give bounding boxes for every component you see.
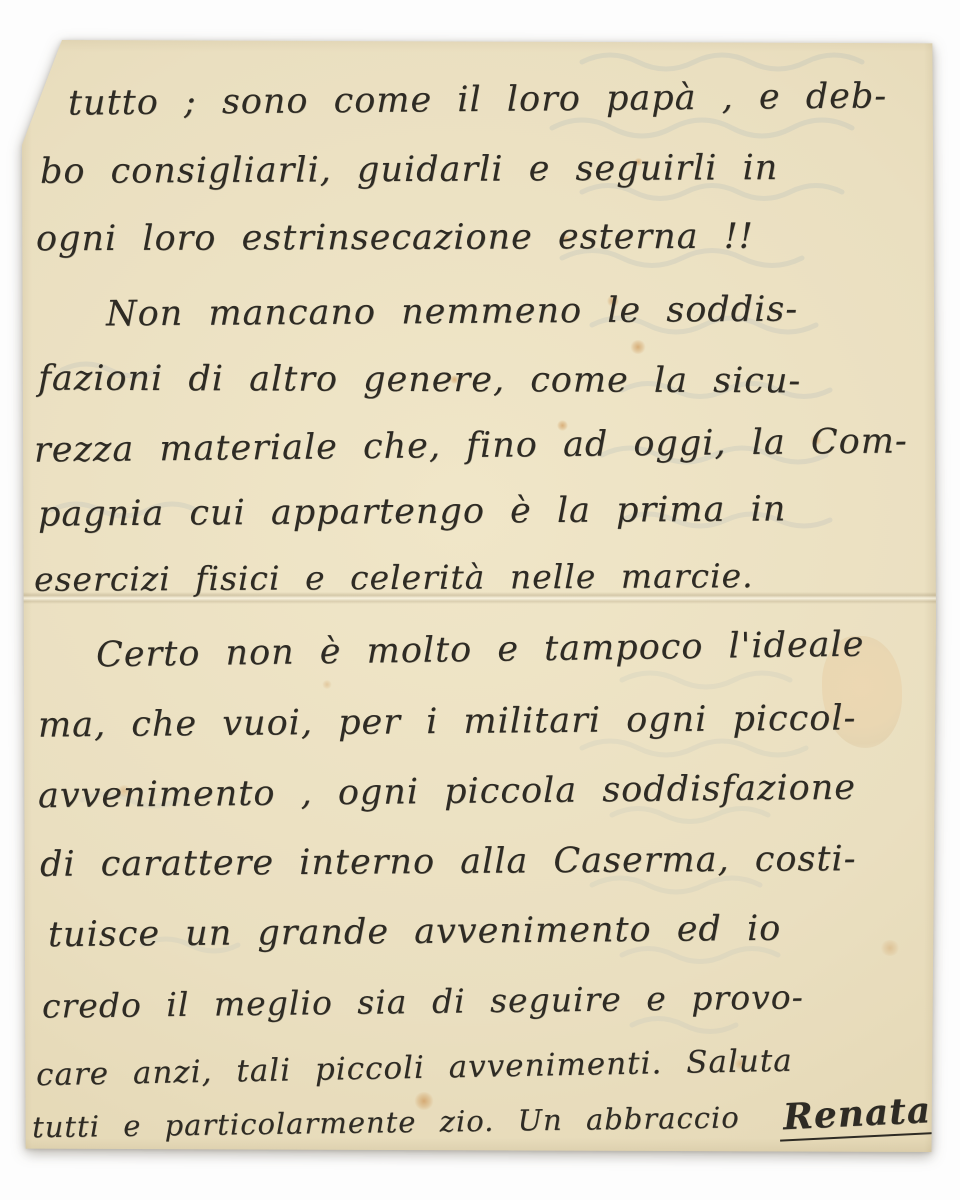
letter-line: pagnia cui appartengo è la prima in xyxy=(38,489,787,534)
signature: Renata xyxy=(778,1089,936,1142)
letter-closing-line: tutti e particolarmente zio. Un abbracci… xyxy=(32,1092,936,1150)
letter-line: ogni loro estrinsecazione esterna !! xyxy=(36,217,754,260)
letter-line: bo consigliarli, guidarli e seguirli in xyxy=(40,148,778,192)
letter-text: tutto ; sono come il loro papà , e deb- … xyxy=(22,40,936,1152)
letter-line: Certo non è molto e tampoco l'ideale xyxy=(96,625,865,676)
letter-line: esercizi fisici e celerità nelle marcie. xyxy=(34,556,754,599)
scan-background: tutto ; sono come il loro papà , e deb- … xyxy=(0,0,960,1200)
letter-line: Non mancano nemmeno le soddis- xyxy=(106,290,798,335)
letter-line: avvenimento , ogni piccola soddisfazione xyxy=(38,768,856,817)
letter-paper-shadow: tutto ; sono come il loro papà , e deb- … xyxy=(22,40,936,1152)
letter-line: rezza materiale che, fino ad oggi, la Co… xyxy=(34,421,908,470)
letter-line: fazioni di altro genere, come la sicu- xyxy=(38,359,801,402)
letter-line: tutto ; sono come il loro papà , e deb- xyxy=(68,76,887,123)
letter-paper: tutto ; sono come il loro papà , e deb- … xyxy=(22,40,936,1152)
closing-text: tutti e particolarmente zio. Un abbracci… xyxy=(32,1100,740,1144)
letter-line: tuisce un grande avvenimento ed io xyxy=(48,909,782,955)
letter-line: care anzi, tali piccoli avvenimenti. Sal… xyxy=(36,1043,793,1094)
letter-line: credo il meglio sia di seguire e provo- xyxy=(42,977,804,1025)
letter-line: di carattere interno alla Caserma, costi… xyxy=(40,839,857,885)
letter-line: ma, che vuoi, per i militari ogni piccol… xyxy=(38,698,857,745)
